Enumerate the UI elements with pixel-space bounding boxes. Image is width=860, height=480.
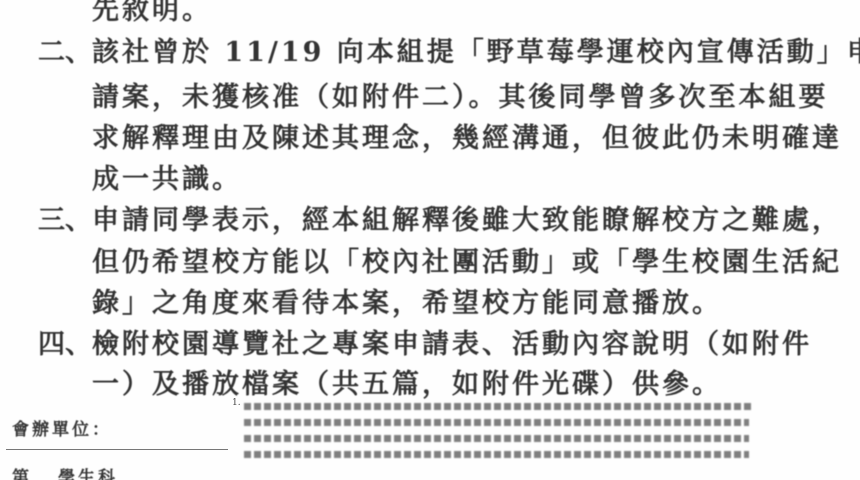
item-4-line-2: 一）及播放檔案（共五篇，如附件光碟）供參。 [92,362,722,401]
item-3-number: 三、 [38,198,92,237]
annotation-line [244,451,749,458]
item-2-line-3: 求解釋理由及陳述其理念，幾經溝通，但彼此仍未明確達 [92,116,842,155]
document-page: 先敘明。 二、 該社曾於 11/19 向本組提「野草莓學運校內宣傳活動」申 請案… [0,0,860,480]
annotation-block [232,403,752,467]
item-4-number: 四、 [38,322,92,361]
item-3-line-1: 申請同學表示，經本組解釋後雖大致能瞭解校方之難處， [92,198,842,237]
item-2-number: 二、 [38,30,92,69]
co-signing-label: 會辦單位： [12,415,112,440]
item-1-line-1: 先敘明。 [92,0,212,27]
item-3-line-2: 但仍希望校方能以「校內社團活動」或「學生校園生活紀 [92,240,842,279]
annotation-line [244,435,749,442]
annotation-line [244,419,749,426]
item-3-line-3: 錄」之角度來看待本案，希望校方能同意播放。 [92,281,722,320]
first-column-label: 第 [12,463,32,480]
item-2-line-1: 該社曾於 11/19 向本組提「野草莓學運校內宣傳活動」申 [92,30,860,69]
item-4-line-1: 檢附校園導覽社之專案申請表、活動內容說明（如附件 [92,322,812,361]
first-column-value: 學生科 [58,463,118,480]
item-2-line-4: 成一共識。 [92,157,242,196]
item-2-line-2: 請案，未獲核准（如附件二）。其後同學曾多次至本組要 [92,75,829,114]
divider [6,449,228,450]
annotation-line [244,403,754,410]
